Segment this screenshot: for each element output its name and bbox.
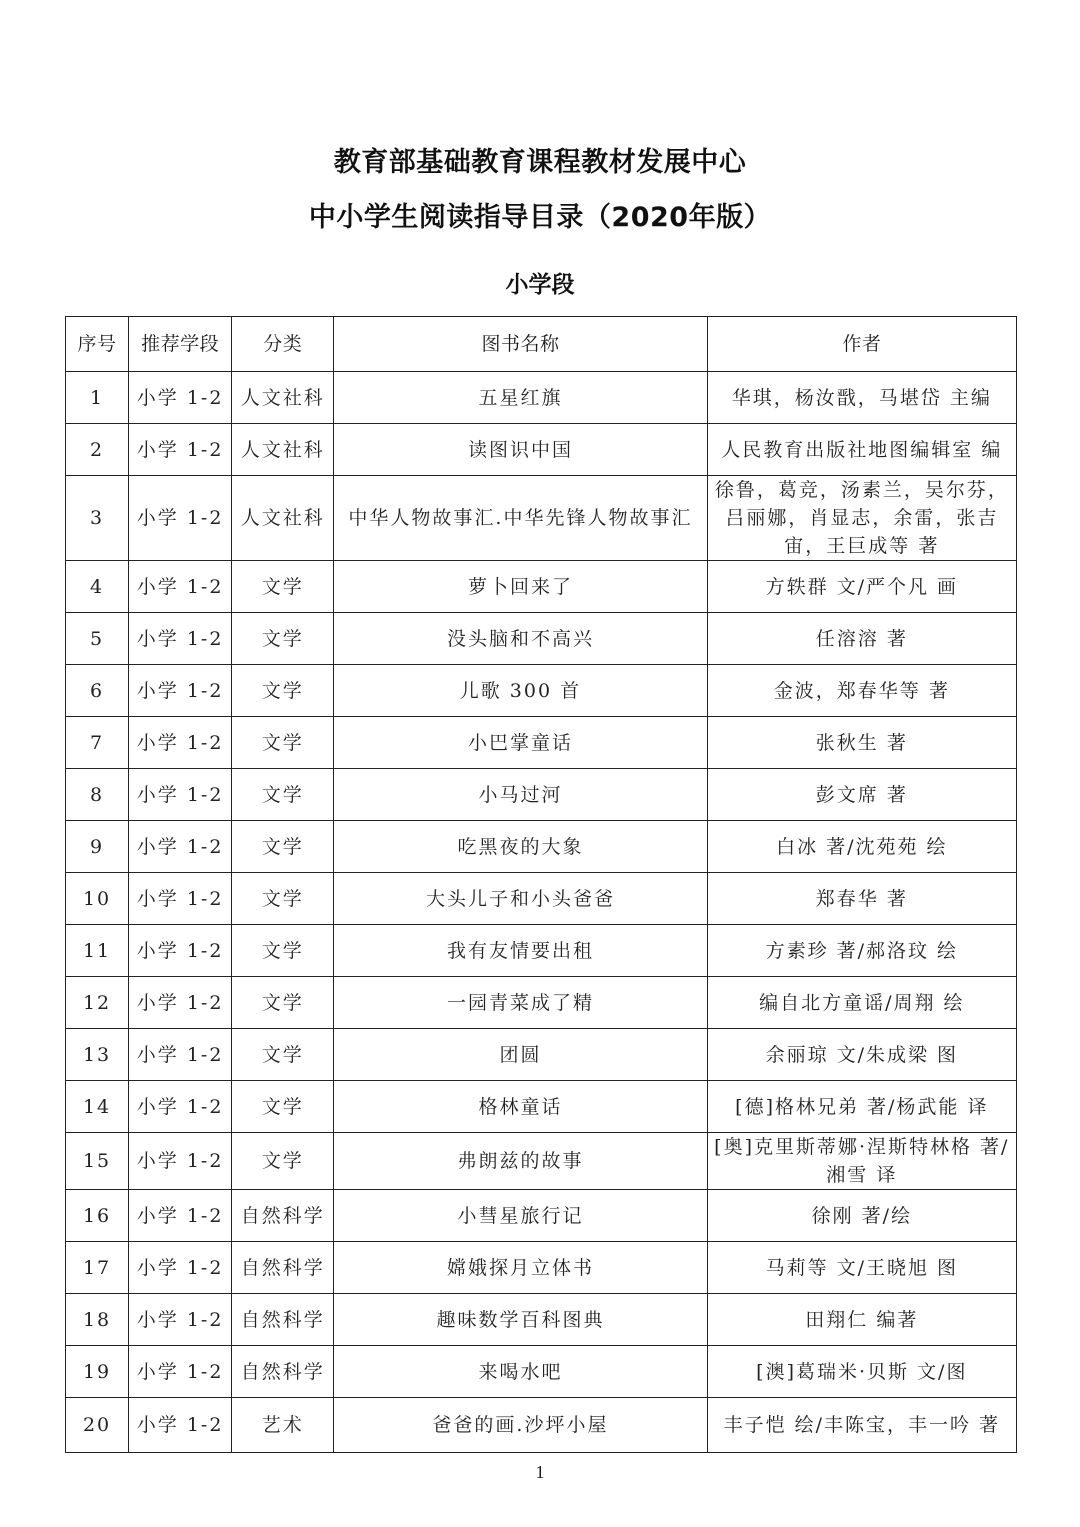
row-book-title: 爸爸的画.沙坪小屋 xyxy=(334,1398,707,1453)
table-row: 15小学 1-2文学弗朗兹的故事[奥]克里斯蒂娜·涅斯特林格 著/湘雪 译 xyxy=(66,1133,1017,1190)
row-category: 人文社科 xyxy=(232,476,334,561)
row-category: 艺术 xyxy=(232,1398,334,1453)
table-row: 8小学 1-2文学小马过河彭文席 著 xyxy=(66,769,1017,821)
row-number: 5 xyxy=(66,613,129,665)
row-level: 小学 1-2 xyxy=(129,1133,232,1190)
row-level: 小学 1-2 xyxy=(129,1294,232,1346)
table-row: 9小学 1-2文学吃黑夜的大象白冰 著/沈苑苑 绘 xyxy=(66,821,1017,873)
table-row: 20小学 1-2艺术爸爸的画.沙坪小屋丰子恺 绘/丰陈宝，丰一吟 著 xyxy=(66,1398,1017,1453)
column-header-title: 图书名称 xyxy=(334,317,707,372)
row-level: 小学 1-2 xyxy=(129,769,232,821)
row-book-title: 儿歌 300 首 xyxy=(334,665,707,717)
table-row: 18小学 1-2自然科学趣味数学百科图典田翔仁 编著 xyxy=(66,1294,1017,1346)
row-level: 小学 1-2 xyxy=(129,561,232,613)
table-row: 5小学 1-2文学没头脑和不高兴任溶溶 著 xyxy=(66,613,1017,665)
row-number: 9 xyxy=(66,821,129,873)
row-category: 文学 xyxy=(232,1029,334,1081)
row-author: 马莉等 文/王晓旭 图 xyxy=(707,1242,1016,1294)
reading-list-table: 序号 推荐学段 分类 图书名称 作者 1小学 1-2人文社科五星红旗华琪，杨汝戬… xyxy=(65,316,1017,1453)
row-book-title: 来喝水吧 xyxy=(334,1346,707,1398)
table-row: 7小学 1-2文学小巴掌童话张秋生 著 xyxy=(66,717,1017,769)
document-title-line1: 教育部基础教育课程教材发展中心 xyxy=(0,140,1080,179)
row-number: 15 xyxy=(66,1133,129,1190)
row-category: 文学 xyxy=(232,1081,334,1133)
table-row: 16小学 1-2自然科学小彗星旅行记徐刚 著/绘 xyxy=(66,1190,1017,1242)
row-number: 12 xyxy=(66,977,129,1029)
table-row: 10小学 1-2文学大头儿子和小头爸爸郑春华 著 xyxy=(66,873,1017,925)
row-category: 文学 xyxy=(232,717,334,769)
row-category: 自然科学 xyxy=(232,1294,334,1346)
row-author: 人民教育出版社地图编辑室 编 xyxy=(707,424,1016,476)
row-category: 文学 xyxy=(232,613,334,665)
table-row: 4小学 1-2文学萝卜回来了方轶群 文/严个凡 画 xyxy=(66,561,1017,613)
row-level: 小学 1-2 xyxy=(129,925,232,977)
row-book-title: 萝卜回来了 xyxy=(334,561,707,613)
document-title-line2: 中小学生阅读指导目录（2020年版） xyxy=(0,195,1080,234)
row-number: 1 xyxy=(66,372,129,424)
row-level: 小学 1-2 xyxy=(129,1081,232,1133)
row-number: 16 xyxy=(66,1190,129,1242)
row-level: 小学 1-2 xyxy=(129,1242,232,1294)
row-book-title: 一园青菜成了精 xyxy=(334,977,707,1029)
row-author: [德]格林兄弟 著/杨武能 译 xyxy=(707,1081,1016,1133)
row-book-title: 读图识中国 xyxy=(334,424,707,476)
row-level: 小学 1-2 xyxy=(129,372,232,424)
row-category: 文学 xyxy=(232,925,334,977)
row-book-title: 格林童话 xyxy=(334,1081,707,1133)
row-level: 小学 1-2 xyxy=(129,424,232,476)
row-author: 徐刚 著/绘 xyxy=(707,1190,1016,1242)
table-row: 1小学 1-2人文社科五星红旗华琪，杨汝戬，马堪岱 主编 xyxy=(66,372,1017,424)
row-author: 白冰 著/沈苑苑 绘 xyxy=(707,821,1016,873)
row-author: 田翔仁 编著 xyxy=(707,1294,1016,1346)
row-category: 文学 xyxy=(232,665,334,717)
table-row: 2小学 1-2人文社科读图识中国人民教育出版社地图编辑室 编 xyxy=(66,424,1017,476)
row-number: 8 xyxy=(66,769,129,821)
row-level: 小学 1-2 xyxy=(129,1029,232,1081)
row-book-title: 大头儿子和小头爸爸 xyxy=(334,873,707,925)
row-book-title: 团圆 xyxy=(334,1029,707,1081)
row-number: 11 xyxy=(66,925,129,977)
row-number: 17 xyxy=(66,1242,129,1294)
row-author: 编自北方童谣/周翔 绘 xyxy=(707,977,1016,1029)
column-header-no: 序号 xyxy=(66,317,129,372)
row-level: 小学 1-2 xyxy=(129,873,232,925)
row-number: 20 xyxy=(66,1398,129,1453)
row-level: 小学 1-2 xyxy=(129,613,232,665)
row-book-title: 没头脑和不高兴 xyxy=(334,613,707,665)
row-author: 余丽琼 文/朱成梁 图 xyxy=(707,1029,1016,1081)
row-author: 方素珍 著/郝洛玟 绘 xyxy=(707,925,1016,977)
row-level: 小学 1-2 xyxy=(129,665,232,717)
table-row: 17小学 1-2自然科学嫦娥探月立体书马莉等 文/王晓旭 图 xyxy=(66,1242,1017,1294)
row-author: 任溶溶 著 xyxy=(707,613,1016,665)
row-number: 3 xyxy=(66,476,129,561)
row-category: 文学 xyxy=(232,769,334,821)
row-number: 10 xyxy=(66,873,129,925)
row-book-title: 小马过河 xyxy=(334,769,707,821)
row-author: [澳]葛瑞米·贝斯 文/图 xyxy=(707,1346,1016,1398)
row-book-title: 吃黑夜的大象 xyxy=(334,821,707,873)
row-number: 2 xyxy=(66,424,129,476)
row-level: 小学 1-2 xyxy=(129,1398,232,1453)
table-row: 12小学 1-2文学一园青菜成了精编自北方童谣/周翔 绘 xyxy=(66,977,1017,1029)
row-number: 4 xyxy=(66,561,129,613)
table-row: 6小学 1-2文学儿歌 300 首金波，郑春华等 著 xyxy=(66,665,1017,717)
row-number: 14 xyxy=(66,1081,129,1133)
row-author: 方轶群 文/严个凡 画 xyxy=(707,561,1016,613)
row-category: 人文社科 xyxy=(232,372,334,424)
column-header-category: 分类 xyxy=(232,317,334,372)
row-category: 文学 xyxy=(232,873,334,925)
table-row: 19小学 1-2自然科学来喝水吧[澳]葛瑞米·贝斯 文/图 xyxy=(66,1346,1017,1398)
row-category: 文学 xyxy=(232,1133,334,1190)
row-book-title: 趣味数学百科图典 xyxy=(334,1294,707,1346)
row-author: 丰子恺 绘/丰陈宝，丰一吟 著 xyxy=(707,1398,1016,1453)
page-number: 1 xyxy=(0,1462,1080,1483)
table-row: 13小学 1-2文学团圆余丽琼 文/朱成梁 图 xyxy=(66,1029,1017,1081)
row-author: 金波，郑春华等 著 xyxy=(707,665,1016,717)
row-author: 张秋生 著 xyxy=(707,717,1016,769)
row-category: 自然科学 xyxy=(232,1346,334,1398)
row-number: 19 xyxy=(66,1346,129,1398)
table-row: 14小学 1-2文学格林童话[德]格林兄弟 著/杨武能 译 xyxy=(66,1081,1017,1133)
row-number: 7 xyxy=(66,717,129,769)
row-book-title: 中华人物故事汇.中华先锋人物故事汇 xyxy=(334,476,707,561)
row-book-title: 弗朗兹的故事 xyxy=(334,1133,707,1190)
column-header-level: 推荐学段 xyxy=(129,317,232,372)
table-row: 11小学 1-2文学我有友情要出租方素珍 著/郝洛玟 绘 xyxy=(66,925,1017,977)
row-category: 人文社科 xyxy=(232,424,334,476)
column-header-author: 作者 xyxy=(707,317,1016,372)
row-level: 小学 1-2 xyxy=(129,1190,232,1242)
row-author: 郑春华 著 xyxy=(707,873,1016,925)
row-book-title: 我有友情要出租 xyxy=(334,925,707,977)
row-category: 文学 xyxy=(232,561,334,613)
row-category: 自然科学 xyxy=(232,1242,334,1294)
section-heading: 小学段 xyxy=(0,266,1080,299)
row-book-title: 嫦娥探月立体书 xyxy=(334,1242,707,1294)
row-level: 小学 1-2 xyxy=(129,476,232,561)
row-number: 6 xyxy=(66,665,129,717)
row-number: 13 xyxy=(66,1029,129,1081)
row-level: 小学 1-2 xyxy=(129,821,232,873)
row-author: 华琪，杨汝戬，马堪岱 主编 xyxy=(707,372,1016,424)
row-category: 文学 xyxy=(232,821,334,873)
table-header-row: 序号 推荐学段 分类 图书名称 作者 xyxy=(66,317,1017,372)
row-author: 彭文席 著 xyxy=(707,769,1016,821)
row-book-title: 五星红旗 xyxy=(334,372,707,424)
row-level: 小学 1-2 xyxy=(129,1346,232,1398)
row-number: 18 xyxy=(66,1294,129,1346)
row-book-title: 小巴掌童话 xyxy=(334,717,707,769)
row-book-title: 小彗星旅行记 xyxy=(334,1190,707,1242)
row-author: 徐鲁，葛竞，汤素兰，吴尔芬，吕丽娜，肖显志，余雷，张吉宙，王巨成等 著 xyxy=(707,476,1016,561)
row-level: 小学 1-2 xyxy=(129,977,232,1029)
row-category: 自然科学 xyxy=(232,1190,334,1242)
row-level: 小学 1-2 xyxy=(129,717,232,769)
row-category: 文学 xyxy=(232,977,334,1029)
row-author: [奥]克里斯蒂娜·涅斯特林格 著/湘雪 译 xyxy=(707,1133,1016,1190)
table-row: 3小学 1-2人文社科中华人物故事汇.中华先锋人物故事汇徐鲁，葛竞，汤素兰，吴尔… xyxy=(66,476,1017,561)
